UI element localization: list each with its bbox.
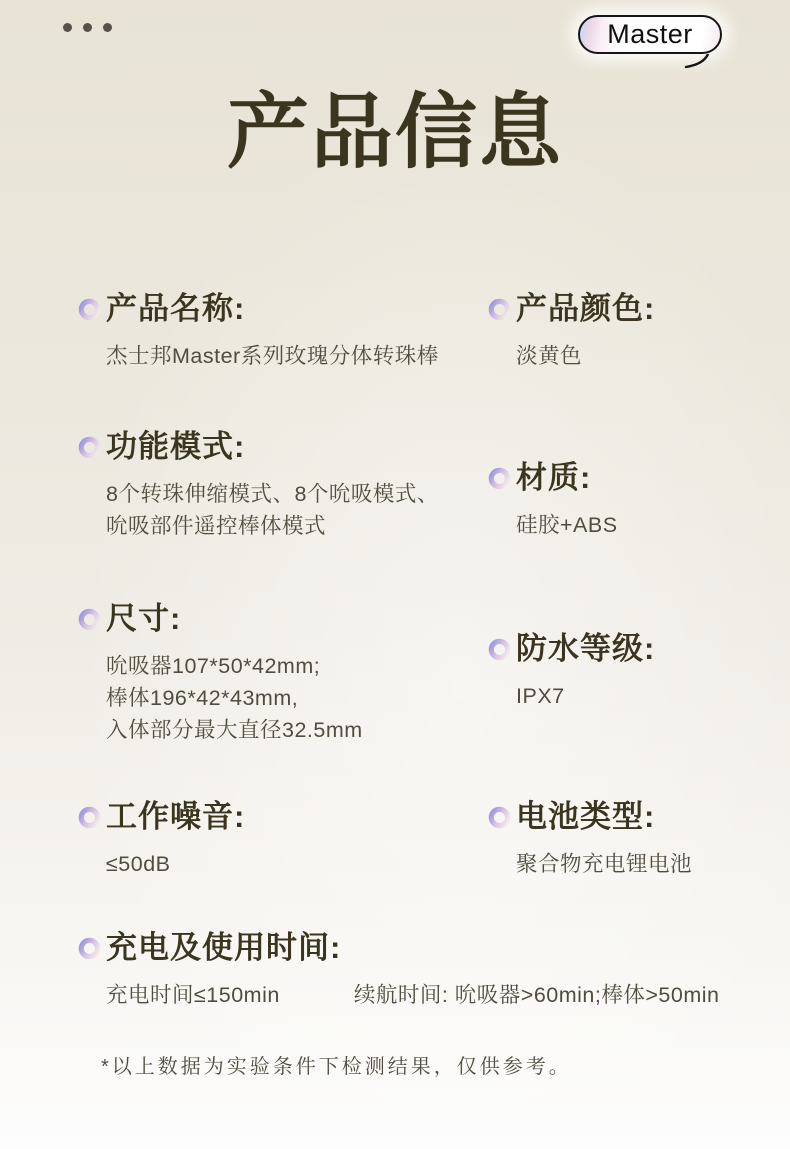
spec-value: 聚合物充电锂电池 [516,848,692,880]
spec-item-battery-type: 电池类型: 聚合物充电锂电池 [488,799,692,880]
master-logo-text: Master [607,19,693,50]
spec-label: 充电及使用时间: [106,930,341,966]
ellipsis-dots-icon [63,23,112,32]
spec-value: ≤50dB [106,848,245,880]
spec-label: 工作噪音: [106,799,245,835]
ring-bullet-icon [78,806,101,829]
spec-item-product-color: 产品颜色: 淡黄色 [488,291,655,372]
ring-bullet-icon [78,937,101,960]
spec-value-line: 聚合物充电锂电池 [516,848,692,880]
ring-bullet-icon [488,806,511,829]
spec-label: 材质: [516,460,591,496]
spec-label: 尺寸: [106,601,181,637]
spec-label: 功能模式: [106,429,245,465]
page-title: 产品信息 [0,84,790,182]
speech-bubble-tail-icon [684,54,710,69]
dot-icon [103,23,112,32]
spec-value-line: 硅胶+ABS [516,509,618,541]
product-info-page: Master 产品信息 产品名称: 杰士邦Master系列玫瑰分体转珠棒 产品颜… [0,0,790,1149]
spec-item-charging-usage-time: 充电及使用时间: 充电时间≤150min 续航时间: 吮吸器>60min;棒体>… [78,930,719,1011]
spec-value-line: 棒体196*42*43mm, [106,682,363,714]
spec-value-line: 吮吸部件遥控棒体模式 [106,510,439,542]
spec-value-line: ≤50dB [106,848,245,880]
spec-value: 淡黄色 [516,340,655,372]
spec-value-line: IPX7 [516,680,655,712]
spec-value: 充电时间≤150min 续航时间: 吮吸器>60min;棒体>50min [106,979,719,1011]
spec-head: 尺寸: [78,601,363,637]
spec-value: 吮吸器107*50*42mm; 棒体196*42*43mm, 入体部分最大直径3… [106,650,363,746]
spec-value-line: 吮吸器107*50*42mm; [106,650,363,682]
spec-value-line: 淡黄色 [516,340,655,372]
spec-label: 防水等级: [516,631,655,667]
spec-value-line: 8个转珠伸缩模式、8个吮吸模式、 [106,478,439,510]
dot-icon [63,23,72,32]
ring-bullet-icon [488,638,511,661]
spec-value: 8个转珠伸缩模式、8个吮吸模式、 吮吸部件遥控棒体模式 [106,478,439,542]
spec-head: 产品名称: [78,291,439,327]
spec-head: 电池类型: [488,799,692,835]
spec-value: IPX7 [516,680,655,712]
spec-head: 充电及使用时间: [78,930,719,966]
spec-label: 产品颜色: [516,291,655,327]
spec-head: 工作噪音: [78,799,245,835]
ring-bullet-icon [78,298,101,321]
spec-value-line: 杰士邦Master系列玫瑰分体转珠棒 [106,340,439,372]
spec-head: 防水等级: [488,631,655,667]
spec-value-line: 充电时间≤150min [106,979,280,1011]
spec-label: 产品名称: [106,291,245,327]
spec-head: 产品颜色: [488,291,655,327]
spec-head: 材质: [488,460,618,496]
dot-icon [83,23,92,32]
spec-value: 硅胶+ABS [516,509,618,541]
footnote-disclaimer: *以上数据为实验条件下检测结果，仅供参考。 [101,1050,572,1079]
master-brand-badge: Master [578,15,722,54]
spec-item-working-noise: 工作噪音: ≤50dB [78,799,245,880]
ring-bullet-icon [488,467,511,490]
spec-item-waterproof-rating: 防水等级: IPX7 [488,631,655,712]
spec-value-line: 入体部分最大直径32.5mm [106,714,363,746]
spec-value: 杰士邦Master系列玫瑰分体转珠棒 [106,340,439,372]
spec-item-product-name: 产品名称: 杰士邦Master系列玫瑰分体转珠棒 [78,291,439,372]
spec-item-dimensions: 尺寸: 吮吸器107*50*42mm; 棒体196*42*43mm, 入体部分最… [78,601,363,746]
spec-item-function-modes: 功能模式: 8个转珠伸缩模式、8个吮吸模式、 吮吸部件遥控棒体模式 [78,429,439,542]
spec-head: 功能模式: [78,429,439,465]
spec-label: 电池类型: [516,799,655,835]
spec-item-material: 材质: 硅胶+ABS [488,460,618,541]
ring-bullet-icon [78,436,101,459]
ring-bullet-icon [78,608,101,631]
spec-value-line: 续航时间: 吮吸器>60min;棒体>50min [354,979,720,1011]
ring-bullet-icon [488,298,511,321]
